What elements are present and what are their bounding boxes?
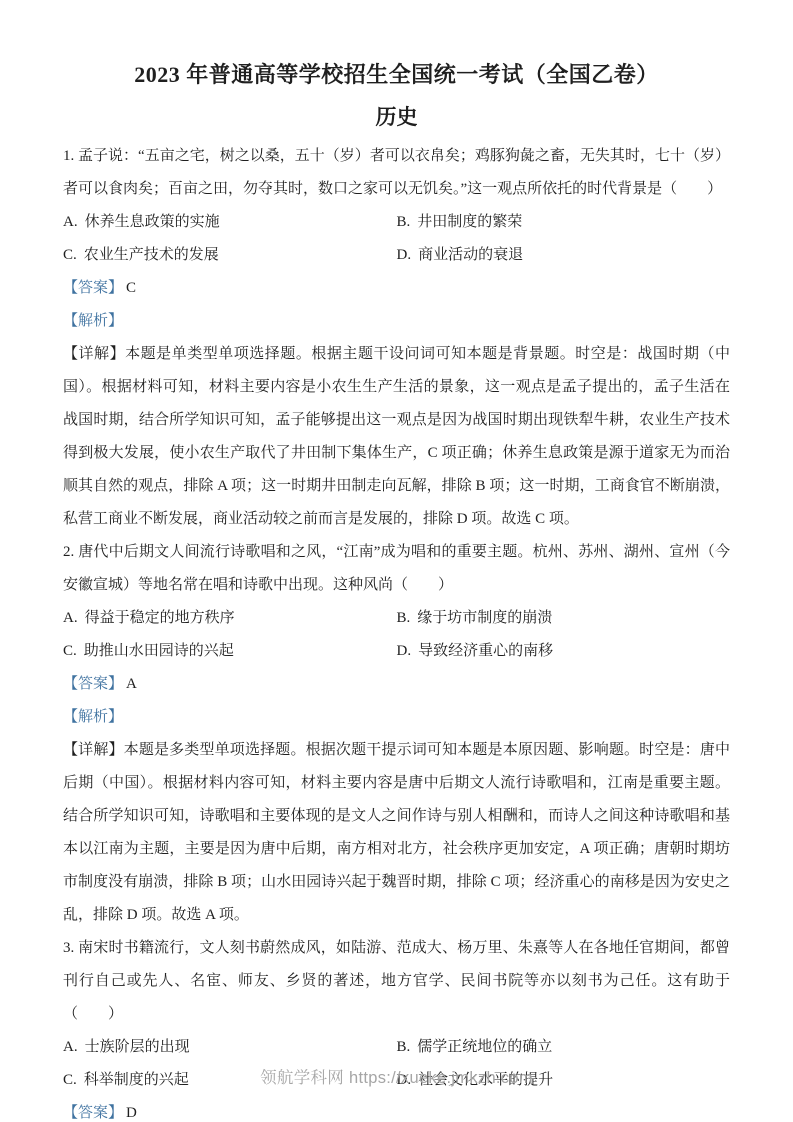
answer-label: 【答案】 [63, 1105, 123, 1121]
answer-value: A [126, 676, 137, 692]
explanation-paragraph: 【详解】本题是多类型单项选择题。根据次题干提示词可知本题是本原因题、影响题。时空… [63, 734, 730, 932]
answer-label: 【答案】 [63, 676, 123, 692]
option-key: C. [63, 643, 77, 659]
option-a: A.得益于稳定的地方秩序 [63, 602, 397, 635]
subject-title: 历史 [63, 100, 730, 134]
option-a: A.休养生息政策的实施 [63, 206, 397, 239]
answer-value: D [126, 1105, 137, 1121]
question-stem: 1. 孟子说：“五亩之宅，树之以桑，五十（岁）者可以衣帛矣；鸡豚狗彘之畜，无失其… [63, 140, 730, 206]
option-key: B. [397, 214, 411, 230]
option-text: 导致经济重心的南移 [418, 643, 553, 659]
analysis-line: 【解析】 [63, 305, 730, 338]
exam-document-page: 2023 年普通高等学校招生全国统一考试（全国乙卷） 历史 1. 孟子说：“五亩… [0, 0, 793, 1122]
question-stem: 3. 南宋时书籍流行，文人刻书蔚然成风，如陆游、范成大、杨万里、朱熹等人在各地任… [63, 932, 730, 1031]
analysis-line: 【解析】 [63, 701, 730, 734]
option-d: D.导致经济重心的南移 [397, 635, 731, 668]
answer-line: 【答案】A [63, 668, 730, 701]
options-row: C.农业生产技术的发展 D.商业活动的衰退 [63, 239, 730, 272]
option-key: A. [63, 610, 78, 626]
option-b: B.儒学正统地位的确立 [397, 1031, 731, 1064]
answer-label: 【答案】 [63, 280, 123, 296]
question-1: 1. 孟子说：“五亩之宅，树之以桑，五十（岁）者可以衣帛矣；鸡豚狗彘之畜，无失其… [63, 140, 730, 536]
option-text: 农业生产技术的发展 [84, 247, 219, 263]
option-text: 井田制度的繁荣 [417, 214, 522, 230]
option-text: 助推山水田园诗的兴起 [84, 643, 234, 659]
option-key: B. [397, 1039, 411, 1055]
option-text: 儒学正统地位的确立 [417, 1039, 552, 1055]
option-b: B.井田制度的繁荣 [397, 206, 731, 239]
option-text: 商业活动的衰退 [418, 247, 523, 263]
answer-line: 【答案】D [63, 1097, 730, 1122]
option-text: 休养生息政策的实施 [85, 214, 220, 230]
option-key: D. [397, 643, 412, 659]
option-key: C. [63, 247, 77, 263]
analysis-label: 【解析】 [63, 313, 123, 329]
option-c: C.助推山水田园诗的兴起 [63, 635, 397, 668]
option-c: C.农业生产技术的发展 [63, 239, 397, 272]
answer-line: 【答案】C [63, 272, 730, 305]
option-key: D. [397, 247, 412, 263]
option-a: A.士族阶层的出现 [63, 1031, 397, 1064]
option-key: A. [63, 214, 78, 230]
explanation-paragraph: 【详解】本题是单类型单项选择题。根据主题干设问词可知本题是背景题。时空是：战国时… [63, 338, 730, 536]
option-text: 缘于坊市制度的崩溃 [417, 610, 552, 626]
options-row: A.休养生息政策的实施 B.井田制度的繁荣 [63, 206, 730, 239]
question-3: 3. 南宋时书籍流行，文人刻书蔚然成风，如陆游、范成大、杨万里、朱熹等人在各地任… [63, 932, 730, 1122]
question-2: 2. 唐代中后期文人间流行诗歌唱和之风，“江南”成为唱和的重要主题。杭州、苏州、… [63, 536, 730, 932]
page-title: 2023 年普通高等学校招生全国统一考试（全国乙卷） [63, 58, 730, 92]
option-text: 得益于稳定的地方秩序 [85, 610, 235, 626]
option-d: D.商业活动的衰退 [397, 239, 731, 272]
option-b: B.缘于坊市制度的崩溃 [397, 602, 731, 635]
watermark-footer: 领航学科网 https://xueke.jmkzh.com [0, 1064, 793, 1088]
option-text: 士族阶层的出现 [85, 1039, 190, 1055]
options-row: A.得益于稳定的地方秩序 B.缘于坊市制度的崩溃 [63, 602, 730, 635]
analysis-label: 【解析】 [63, 709, 123, 725]
question-stem: 2. 唐代中后期文人间流行诗歌唱和之风，“江南”成为唱和的重要主题。杭州、苏州、… [63, 536, 730, 602]
options-row: C.助推山水田园诗的兴起 D.导致经济重心的南移 [63, 635, 730, 668]
options-row: A.士族阶层的出现 B.儒学正统地位的确立 [63, 1031, 730, 1064]
answer-value: C [126, 280, 136, 296]
option-key: A. [63, 1039, 78, 1055]
option-key: B. [397, 610, 411, 626]
